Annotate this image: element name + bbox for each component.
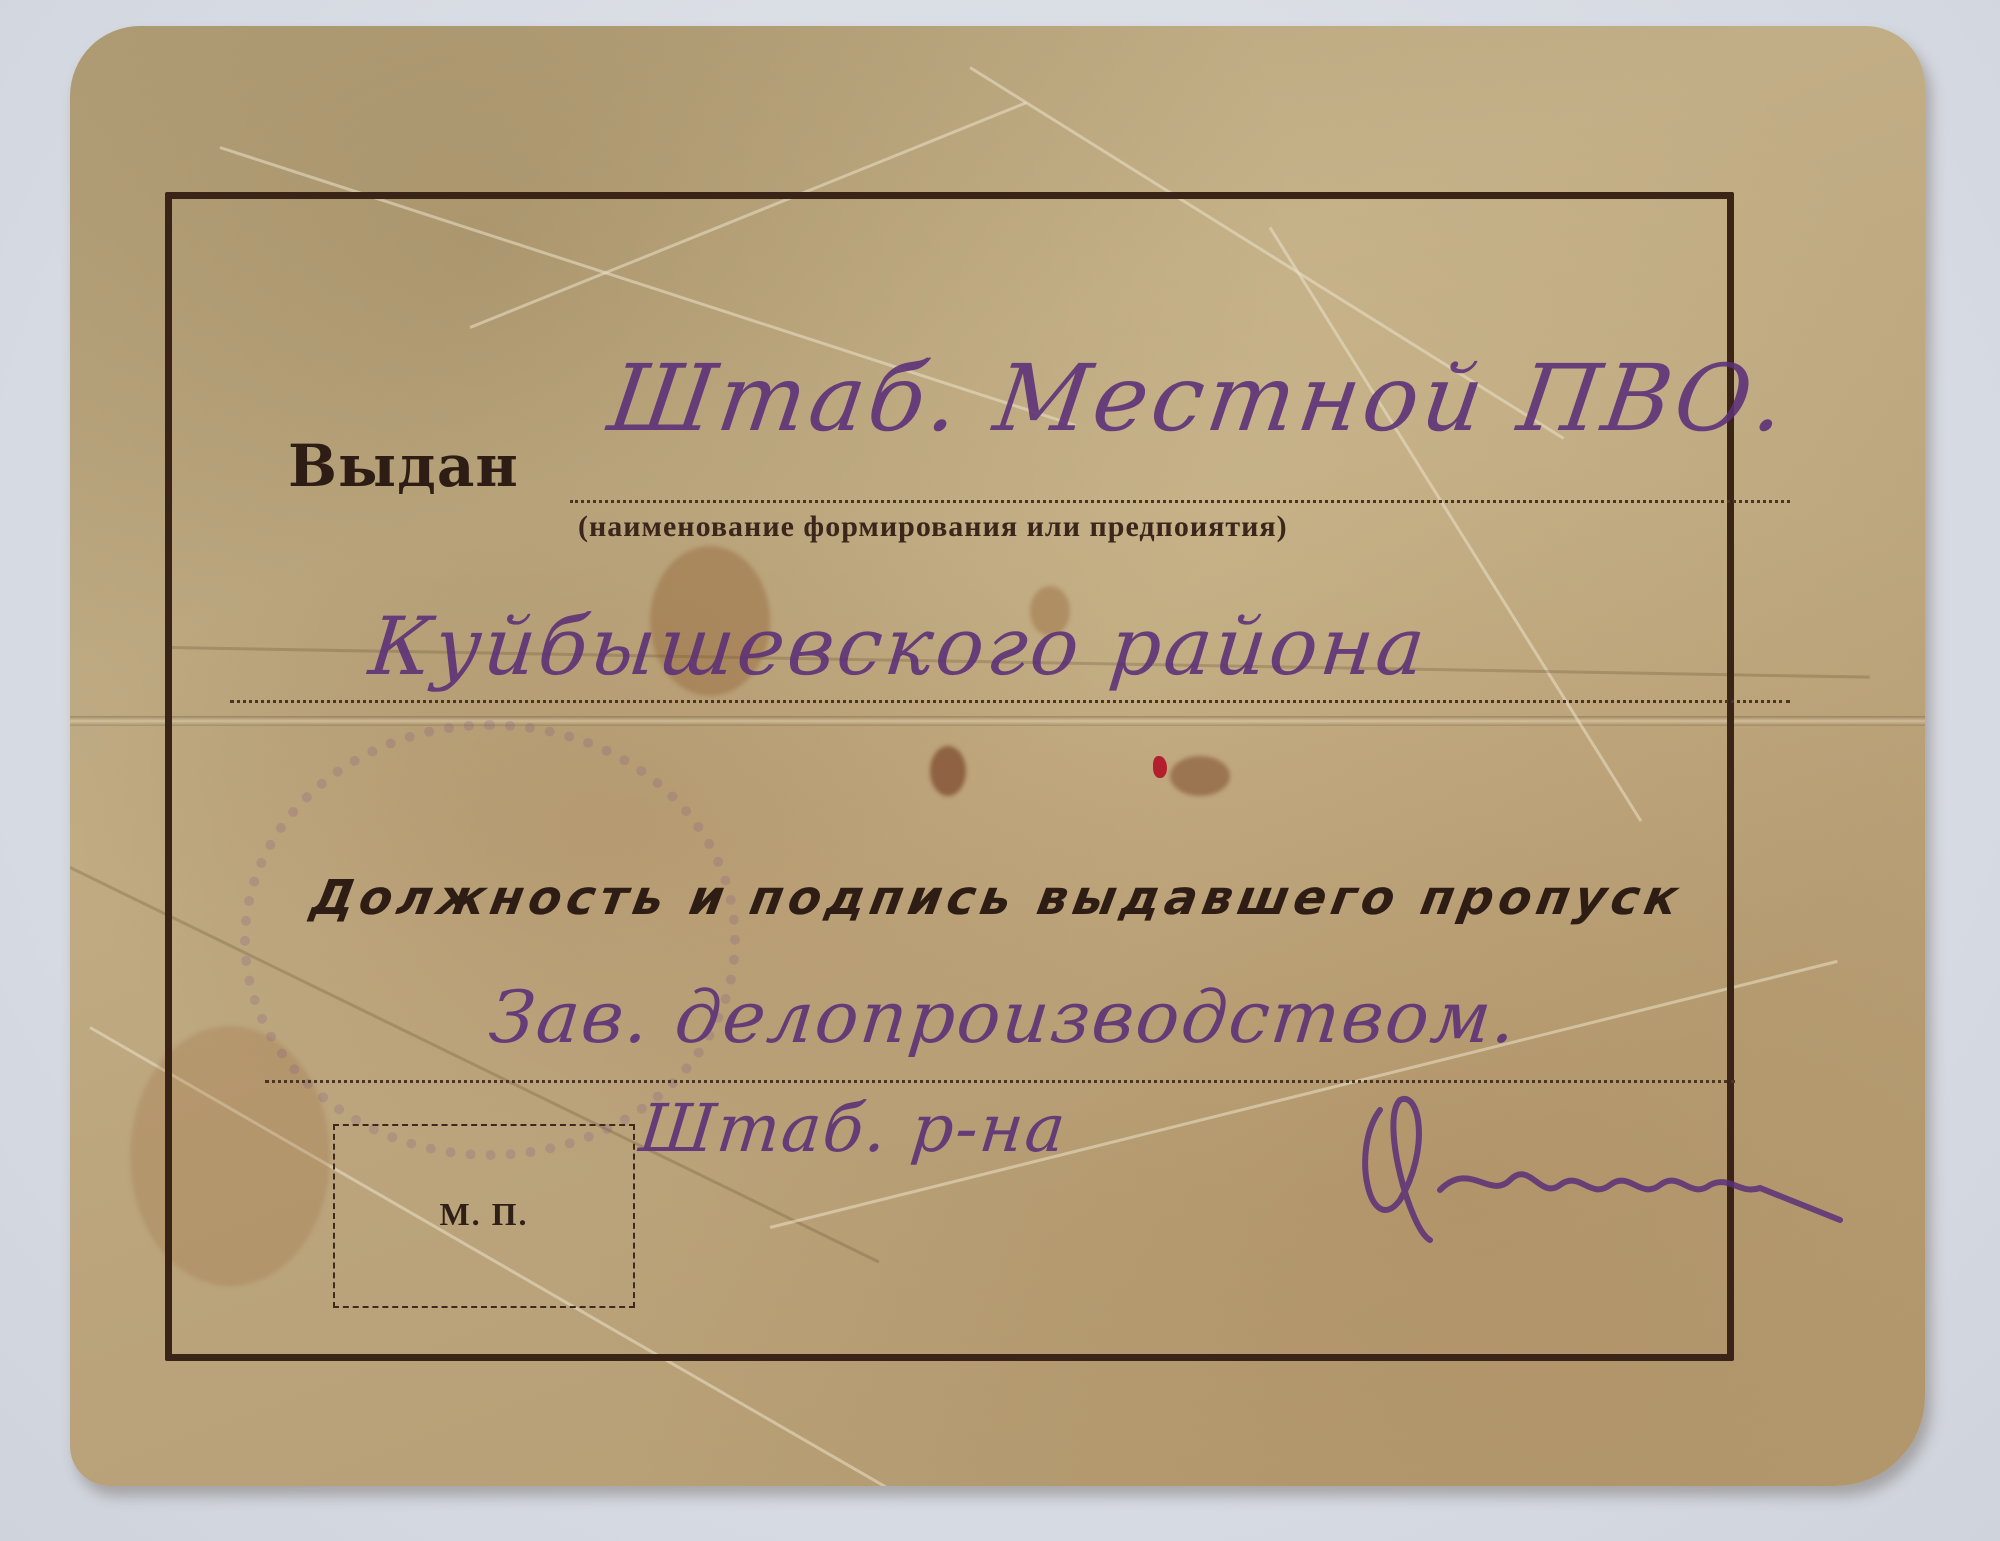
handwritten-position: Зав. делопроизводством.: [486, 975, 1523, 1059]
stamp-placeholder-box: М. П.: [333, 1124, 635, 1308]
stamp-placeholder-label: М. П.: [335, 1196, 633, 1233]
issued-dotted-line: [570, 500, 1790, 503]
issued-label: Выдан: [288, 432, 519, 500]
handwritten-position-2: Штаб. р-на: [636, 1090, 1071, 1167]
issued-caption: (наименование формирования или предпоият…: [578, 510, 1288, 544]
district-dotted-line: [230, 700, 1790, 703]
position-dotted-line: [265, 1080, 1735, 1083]
position-signature-label: Должность и подпись выдавшего пропуск: [307, 870, 1687, 926]
signature: [1340, 1090, 1860, 1250]
handwritten-organization: Штаб. Местной ПВО.: [602, 345, 1795, 452]
handwritten-district: Куйбышевского района: [365, 600, 1432, 693]
